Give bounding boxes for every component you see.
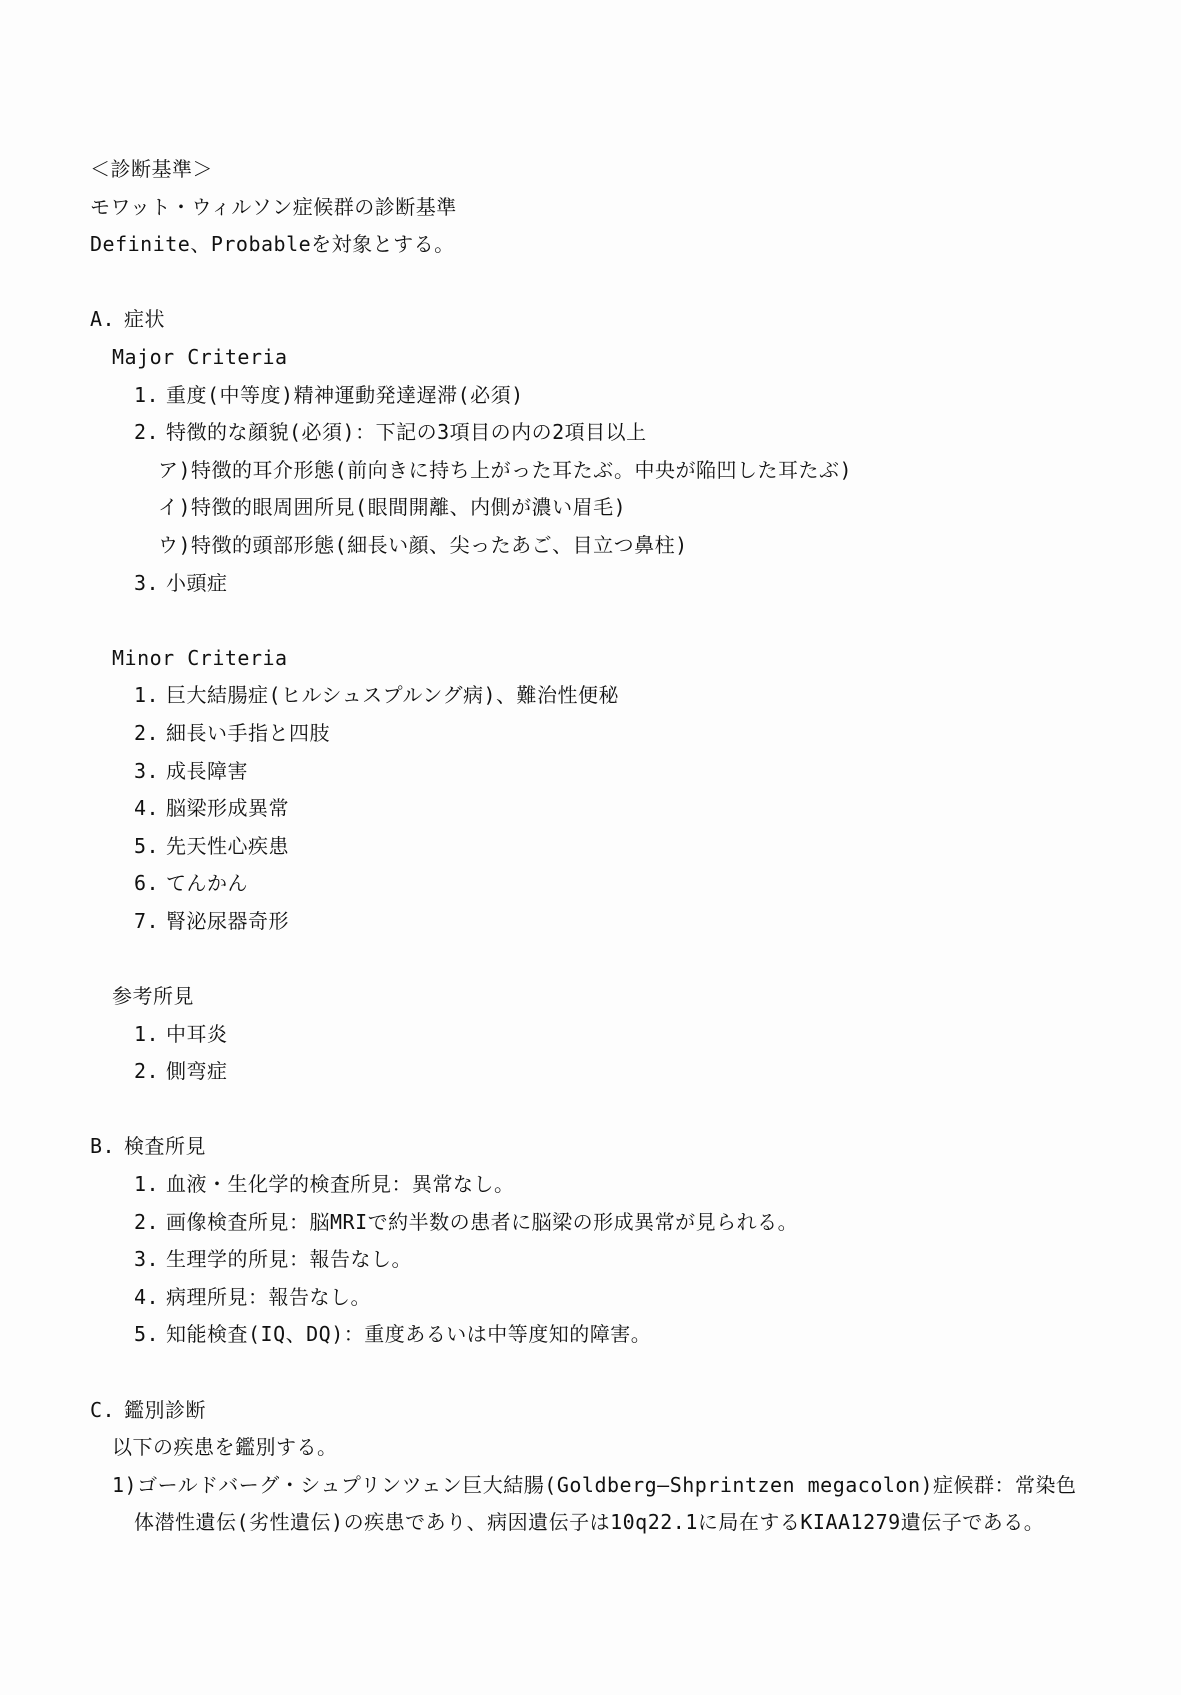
section-label: B. <box>90 1128 124 1166</box>
doc-title: ＜診断基準＞ <box>0 151 1181 189</box>
section-c-heading: C.鑑別診断 <box>0 1392 1181 1430</box>
major-criteria-heading: Major Criteria <box>0 339 1181 377</box>
sub-item: イ)特徴的眼周囲所見(眼間開離、内側が濃い眉毛) <box>0 489 1181 527</box>
list-item: 1.巨大結腸症(ヒルシュスプルング病)、難治性便秘 <box>0 677 1181 715</box>
list-item: 5.先天性心疾患 <box>0 828 1181 866</box>
spacer <box>0 264 1181 302</box>
sub-item: ア)特徴的耳介形態(前向きに持ち上がった耳たぶ。中央が陥凹した耳たぶ) <box>0 452 1181 490</box>
list-item: 4.脳梁形成異常 <box>0 790 1181 828</box>
spacer <box>0 1091 1181 1129</box>
list-item: 5.知能検査(IQ、DQ)：重度あるいは中等度知的障害。 <box>0 1316 1181 1354</box>
list-item: 6.てんかん <box>0 865 1181 903</box>
reference-findings-heading: 参考所見 <box>0 978 1181 1016</box>
list-item: 3.成長障害 <box>0 753 1181 791</box>
spacer <box>0 940 1181 978</box>
list-item: 2.側弯症 <box>0 1053 1181 1091</box>
list-item: 2.細長い手指と四肢 <box>0 715 1181 753</box>
differential-intro: 以下の疾患を鑑別する。 <box>0 1429 1181 1467</box>
differential-item-line: 1)ゴールドバーグ・シュプリンツェン巨大結腸(Goldberg—Shprintz… <box>0 1467 1181 1505</box>
list-item: 1.中耳炎 <box>0 1016 1181 1054</box>
list-item: 3.生理学的所見：報告なし。 <box>0 1241 1181 1279</box>
differential-item-continuation: 体潜性遺伝(劣性遺伝)の疾患であり、病因遺伝子は10q22.1に局在するKIAA… <box>0 1504 1181 1542</box>
doc-subtitle: モワット・ウィルソン症候群の診断基準 <box>0 189 1181 227</box>
section-title: 鑑別診断 <box>124 1398 206 1422</box>
spacer <box>0 602 1181 640</box>
spacer <box>0 1354 1181 1392</box>
document-page: ＜診断基準＞ モワット・ウィルソン症候群の診断基準 Definite、Proba… <box>0 151 1181 1542</box>
section-b-heading: B.検査所見 <box>0 1128 1181 1166</box>
list-item: 2.画像検査所見：脳MRIで約半数の患者に脳梁の形成異常が見られる。 <box>0 1204 1181 1242</box>
list-item: 1.重度(中等度)精神運動発達遅滞(必須) <box>0 377 1181 415</box>
list-item: 1.血液・生化学的検査所見：異常なし。 <box>0 1166 1181 1204</box>
section-a-heading: A.症状 <box>0 301 1181 339</box>
list-item: 4.病理所見：報告なし。 <box>0 1279 1181 1317</box>
section-label: C. <box>90 1392 124 1430</box>
section-title: 症状 <box>124 307 165 331</box>
list-item: 2.特徴的な顔貌(必須)：下記の3項目の内の2項目以上 <box>0 414 1181 452</box>
minor-criteria-heading: Minor Criteria <box>0 640 1181 678</box>
list-item: 3.小頭症 <box>0 565 1181 603</box>
section-title: 検査所見 <box>124 1134 206 1158</box>
section-label: A. <box>90 301 124 339</box>
sub-item: ウ)特徴的頭部形態(細長い顔、尖ったあご、目立つ鼻柱) <box>0 527 1181 565</box>
list-item: 7.腎泌尿器奇形 <box>0 903 1181 941</box>
doc-scope: Definite、Probableを対象とする。 <box>0 226 1181 264</box>
